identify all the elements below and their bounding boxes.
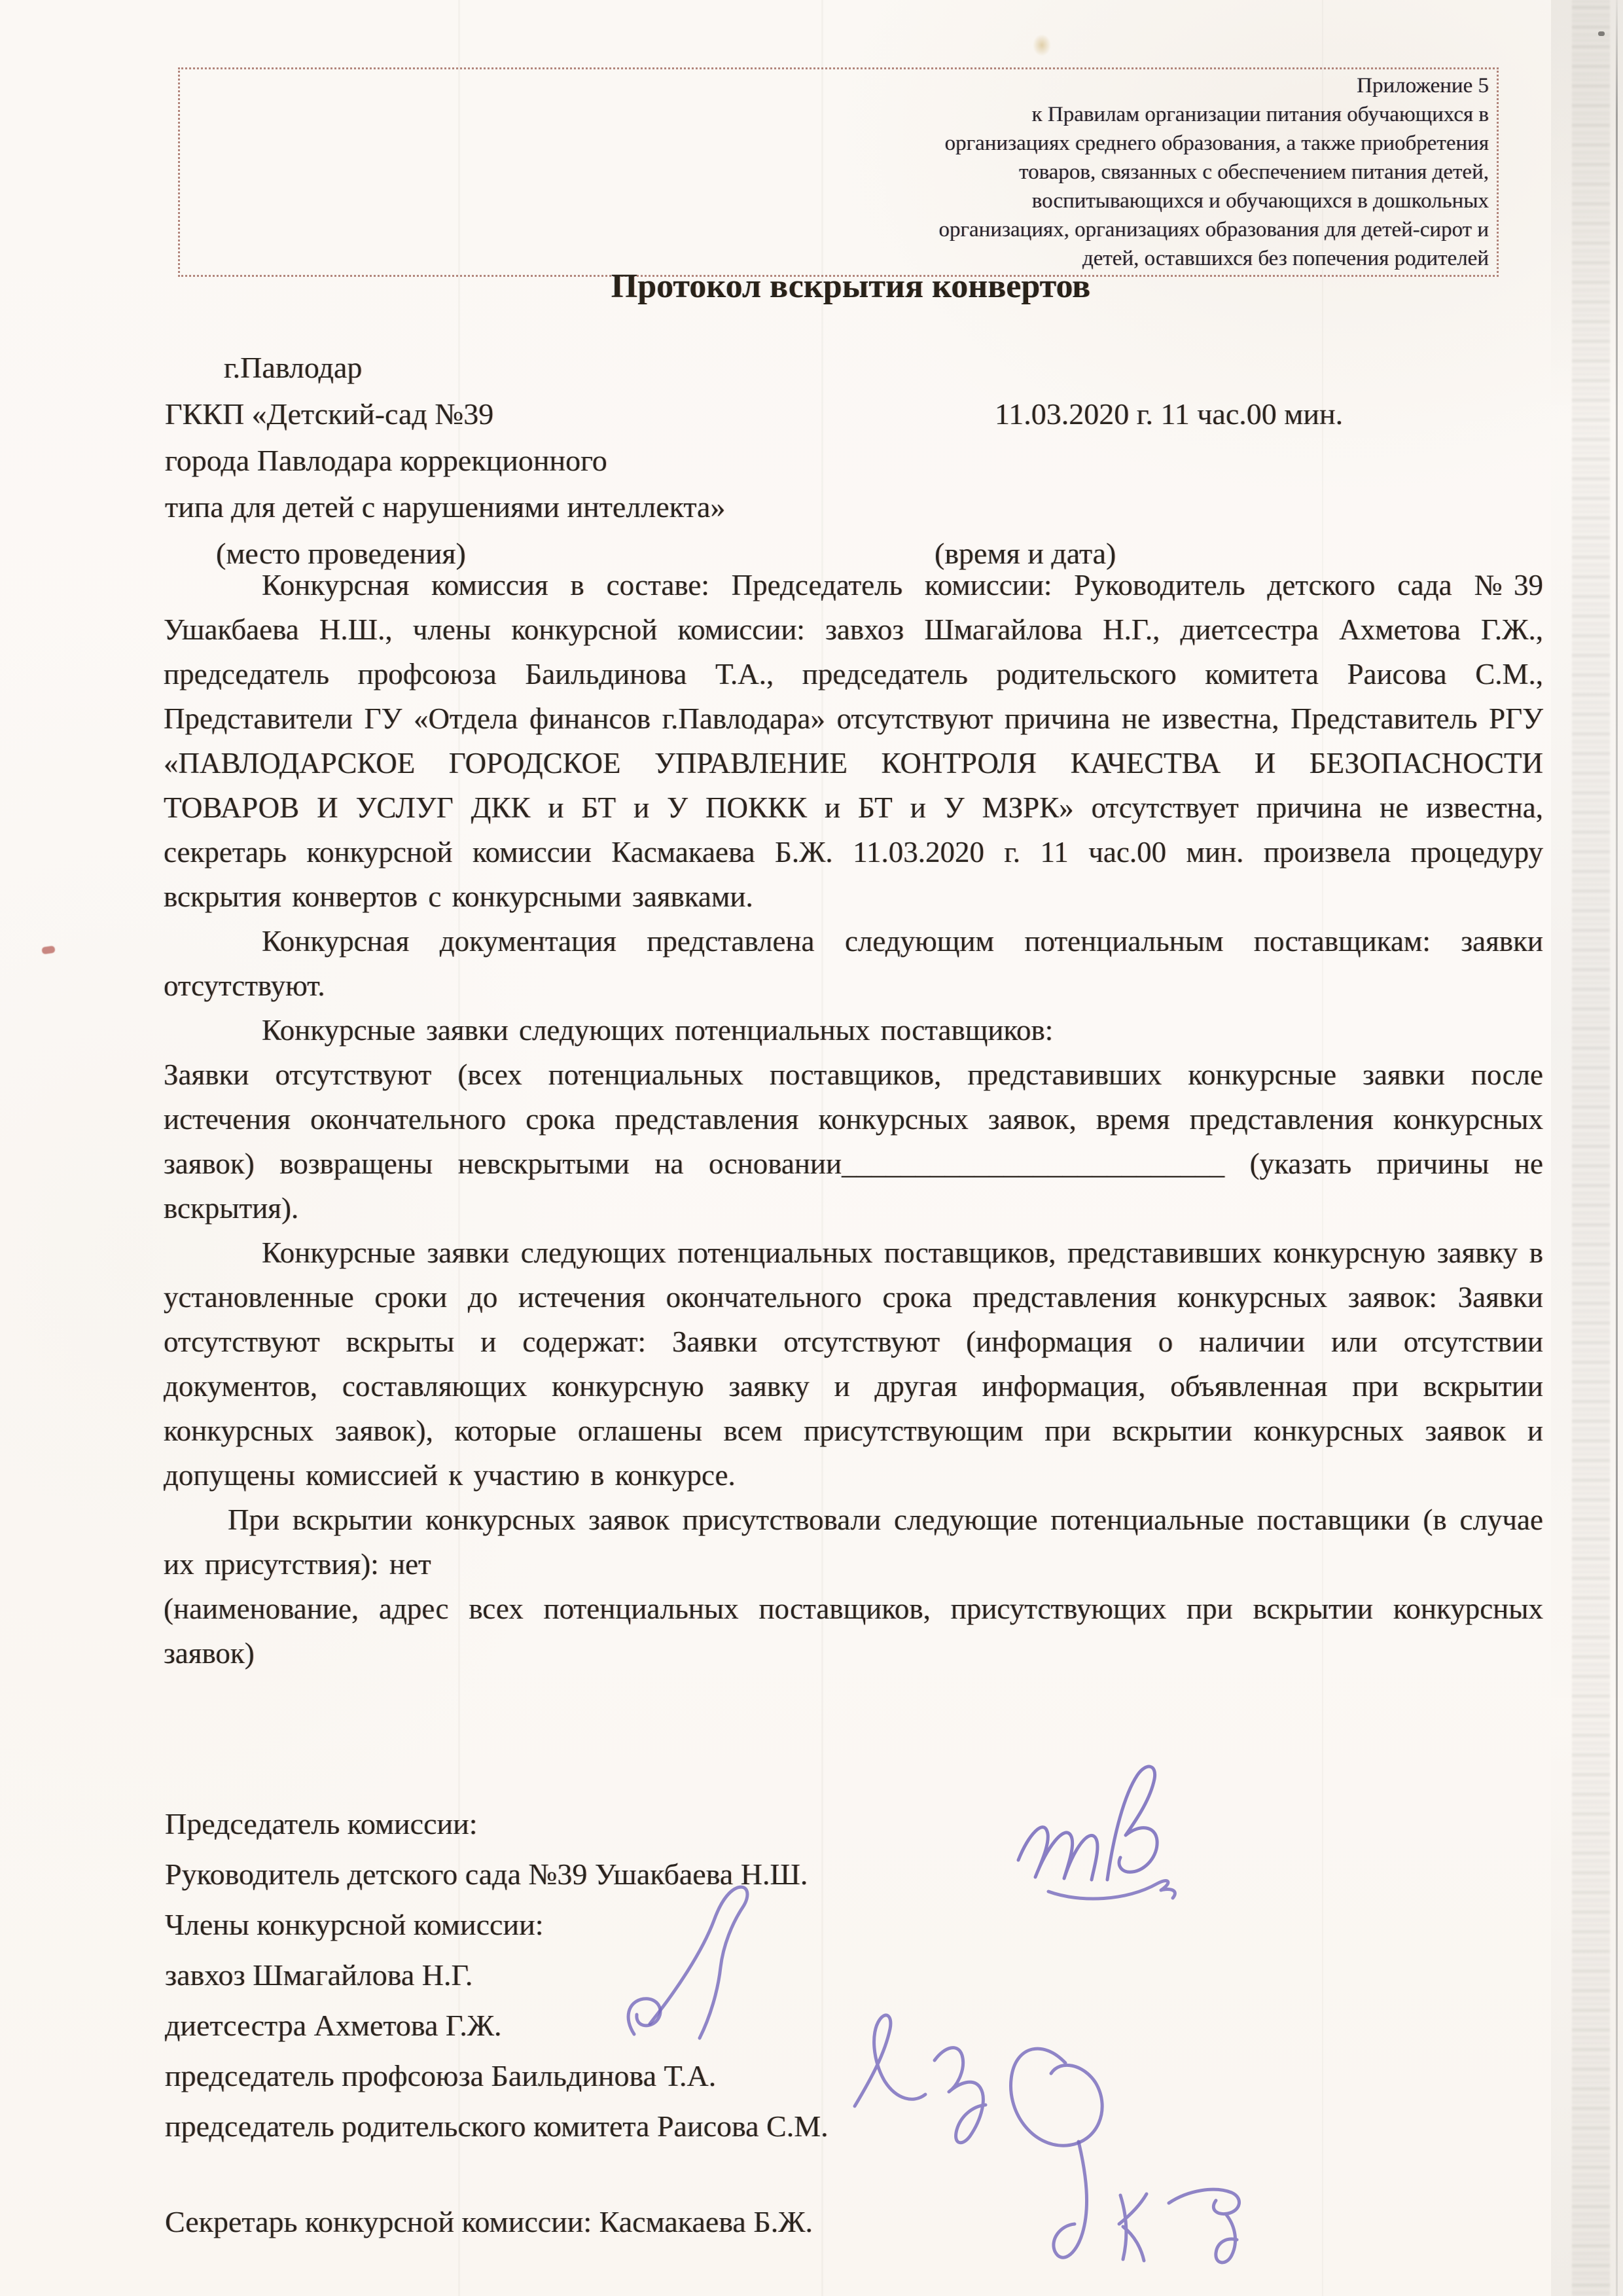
annex-line: организациях среднего образования, а так… [180, 129, 1489, 158]
paper-smudge [1033, 34, 1051, 56]
annex-line: воспитывающихся и обучающихся в дошкольн… [180, 187, 1489, 215]
organization-name-line: ГККП «Детский-сад №39 [165, 397, 493, 431]
member-name: председатель профсоюза Баильдинова Т.А. [165, 2051, 829, 2101]
organization-name-line: города Павлодара коррекционного [165, 443, 607, 478]
annex-reference-block: Приложение 5 к Правилам организации пита… [178, 67, 1499, 277]
signature-chairman-ushakbaeva [1009, 1755, 1205, 1906]
signature-secretary-kasmakaeva [1103, 2164, 1260, 2282]
ink-speck [41, 946, 55, 955]
document-title: Протокол вскрытия конвертов [164, 267, 1538, 306]
body-paragraph: Конкурсные заявки следующих потенциальны… [164, 1008, 1543, 1052]
annex-line: к Правилам организации питания обучающих… [180, 100, 1489, 129]
body-paragraph: Конкурсная комиссия в составе: Председат… [164, 563, 1543, 919]
protocol-datetime: 11.03.2020 г. 11 час.00 мин. [995, 397, 1343, 431]
body-paragraph: При вскрытии конкурсных заявок присутств… [164, 1498, 1543, 1587]
body-paragraph: Конкурсные заявки следующих потенциальны… [164, 1230, 1543, 1498]
secretary-name: Секретарь конкурсной комиссии: Касмакаев… [165, 2204, 813, 2239]
annex-line: Приложение 5 [180, 71, 1489, 100]
body-paragraph: Конкурсная документация представлена сле… [164, 919, 1543, 1008]
chairman-label: Председатель комиссии: [165, 1799, 829, 1849]
scanned-protocol-page: Приложение 5 к Правилам организации пита… [0, 0, 1623, 2296]
scan-edge-line [1616, 0, 1618, 2296]
protocol-body: Конкурсная комиссия в составе: Председат… [164, 563, 1543, 1676]
venue-city: г.Павлодар [224, 350, 362, 385]
annex-line: товаров, связанных с обеспечением питани… [180, 158, 1489, 187]
scan-streak [821, 0, 823, 2296]
scan-streak [1322, 0, 1323, 2296]
annex-line: организациях, организациях образования д… [180, 215, 1489, 244]
scan-bleedthrough-fade [1551, 0, 1623, 2296]
member-name: председатель родительского комитета Раис… [165, 2101, 829, 2151]
body-paragraph: Заявки отсутствуют (всех потенциальных п… [164, 1058, 1543, 1225]
scan-streak [458, 0, 460, 2296]
organization-name-line: типа для детей с нарушениями интеллекта» [165, 490, 725, 524]
dust-speck [1598, 31, 1605, 36]
signature-member-shmagaylova [611, 1873, 787, 2056]
body-paragraph: (наименование, адрес всех потенциальных … [164, 1592, 1543, 1670]
